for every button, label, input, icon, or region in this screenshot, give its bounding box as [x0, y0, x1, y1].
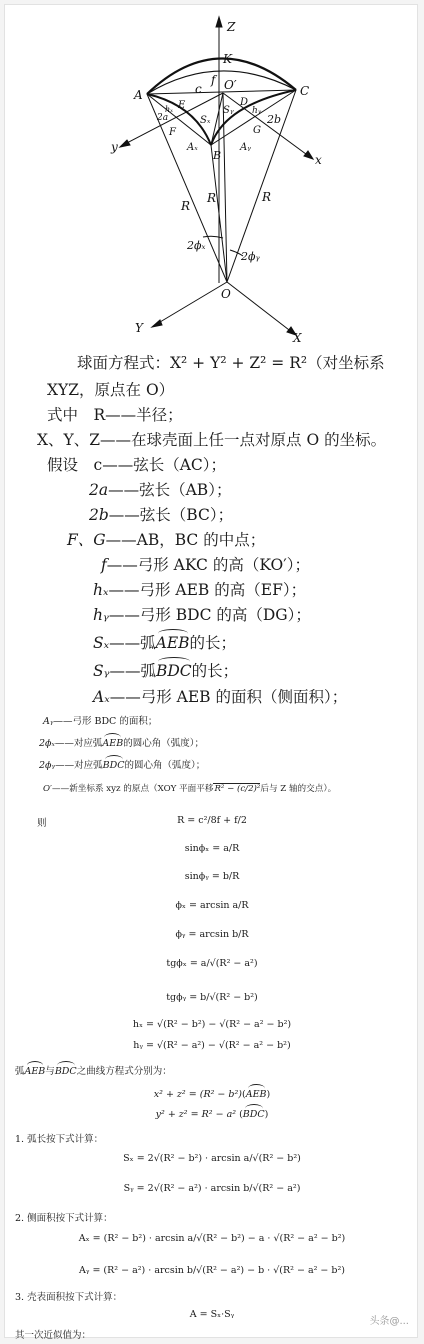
label-C: C [300, 84, 309, 98]
label-Sy: Sᵧ [223, 105, 234, 116]
approximation-label: 其一次近似值为： [15, 1327, 91, 1341]
label-2a: 2a [156, 113, 168, 123]
curve-equation-BDC: y² + z² = R² − a² (BDC) [5, 1109, 419, 1120]
definition-Sx: Sₓ——弧AEB的长； [93, 631, 236, 653]
label-f: f [210, 73, 218, 87]
label-2phi-y: 2ϕᵧ [240, 250, 260, 263]
label-R-left: R [180, 199, 190, 213]
formula-Sx: Sₓ = 2√(R² − b²) · arcsin a/√(R² − b²) [5, 1153, 419, 1164]
label-A: A [133, 88, 143, 102]
label-O: O [221, 287, 231, 301]
label-Ay: Aᵧ [239, 142, 251, 153]
label-2phi-x: 2ϕₓ [186, 239, 205, 252]
label-2b: 2b [266, 113, 281, 126]
formula-A: A = Sₓ·Sᵧ [5, 1309, 419, 1320]
label-y: y [110, 140, 118, 154]
label-O-prime: O′ [224, 78, 237, 92]
curve-equations-intro: 弧AEB与BDC之曲线方程式分别为： [15, 1063, 172, 1077]
watermark: 头条@... [369, 1312, 409, 1327]
label-G: G [253, 125, 261, 136]
definition-2phi-x: 2ϕₓ——对应弧AEB的圆心角（弧度）； [39, 735, 204, 749]
formula-tg-phi-x: tgϕₓ = a/√(R² − a²) [5, 958, 419, 969]
label-Y: Y [135, 321, 144, 335]
label-x: x [315, 153, 322, 167]
formula-phi-x: ϕₓ = arcsin a/R [5, 900, 419, 911]
label-Z: Z [226, 20, 236, 34]
label-Sx: Sₓ [200, 115, 211, 126]
definition-f: f——弓形 AKC 的高（KO′）； [101, 553, 310, 575]
formula-phi-y: ϕᵧ = arcsin b/R [5, 929, 419, 940]
definition-Ax: Aₓ——弓形 AEB 的面积（侧面积）； [93, 685, 347, 707]
definition-2phi-y: 2ϕᵧ——对应弧BDC的圆心角（弧度）； [39, 757, 205, 771]
label-X: X [292, 331, 302, 345]
formula-sin-phi-x: sinϕₓ = a/R [5, 843, 419, 854]
formula-Sy: Sᵧ = 2√(R² − a²) · arcsin b/√(R² − a²) [5, 1183, 419, 1194]
label-F: F [168, 127, 177, 138]
label-Ax: Aₓ [186, 142, 198, 153]
document-page: Z K f O′ A C c E D Sₓ Sᵧ hₓ hᵧ 2a 2b F G… [4, 4, 418, 1338]
label-E: E [177, 100, 186, 111]
label-hy: hᵧ [252, 106, 262, 116]
formula-sin-phi-y: sinϕᵧ = b/R [5, 871, 419, 882]
formula-Ax: Aₓ = (R² − b²) · arcsin a/√(R² − b²) − a… [5, 1233, 419, 1244]
definition-FG: F、G——AB，BC 的中点； [67, 528, 265, 550]
section-arc-length: 1. 弧长按下式计算： [15, 1131, 103, 1145]
definition-hx: hₓ——弓形 AEB 的高（EF）； [93, 578, 306, 600]
label-R-mid: R [206, 191, 216, 205]
sphere-equation-line: 球面方程式：X² + Y² + Z² = R²（对坐标系 [77, 351, 385, 373]
definition-2a: 2a——弦长（AB）； [89, 478, 231, 500]
formula-tg-phi-y: tgϕᵧ = b/√(R² − b²) [5, 992, 419, 1003]
formula-h-y: hᵧ = √(R² − a²) − √(R² − a² − b²) [5, 1040, 419, 1051]
curve-equation-AEB: x² + z² = (R² − b²)(AEB) [5, 1089, 419, 1100]
label-R-right: R [261, 190, 271, 204]
label-c: c [195, 82, 202, 96]
formula-h-x: hₓ = √(R² − b²) − √(R² − a² − b²) [5, 1019, 419, 1030]
formula-R: R = c²/8f + f/2 [5, 815, 419, 826]
radius-definition: 式中 R——半径； [47, 403, 183, 425]
coordinate-system-line: XYZ，原点在 O） [47, 378, 174, 400]
definition-Sy: Sᵧ——弧BDC的长； [93, 659, 238, 681]
section-side-area: 2. 侧面积按下式计算： [15, 1210, 113, 1224]
definition-2b: 2b——弦长（BC）； [89, 503, 233, 525]
coordinates-definition: X、Y、Z——在球壳面上任一点对原点 O 的坐标。 [37, 428, 386, 450]
definition-c: 假设 c——弦长（AC）； [47, 453, 226, 475]
definition-Ay: Aᵧ——弓形 BDC 的面积； [43, 713, 157, 727]
label-K: K [222, 52, 233, 66]
definition-O-prime: O′——新坐标系 xyz 的原点（XOY 平面平移R² − (c/2)²后与 Z… [43, 782, 336, 794]
formula-Ay: Aᵧ = (R² − a²) · arcsin b/√(R² − a²) − b… [5, 1265, 419, 1276]
label-D: D [239, 97, 248, 108]
section-shell-area: 3. 壳表面积按下式计算： [15, 1289, 122, 1303]
definition-hy: hᵧ——弓形 BDC 的高（DG）； [93, 603, 311, 625]
label-B: B [212, 149, 221, 162]
spherical-shell-diagram: Z K f O′ A C c E D Sₓ Sᵧ hₓ hᵧ 2a 2b F G… [5, 5, 419, 345]
